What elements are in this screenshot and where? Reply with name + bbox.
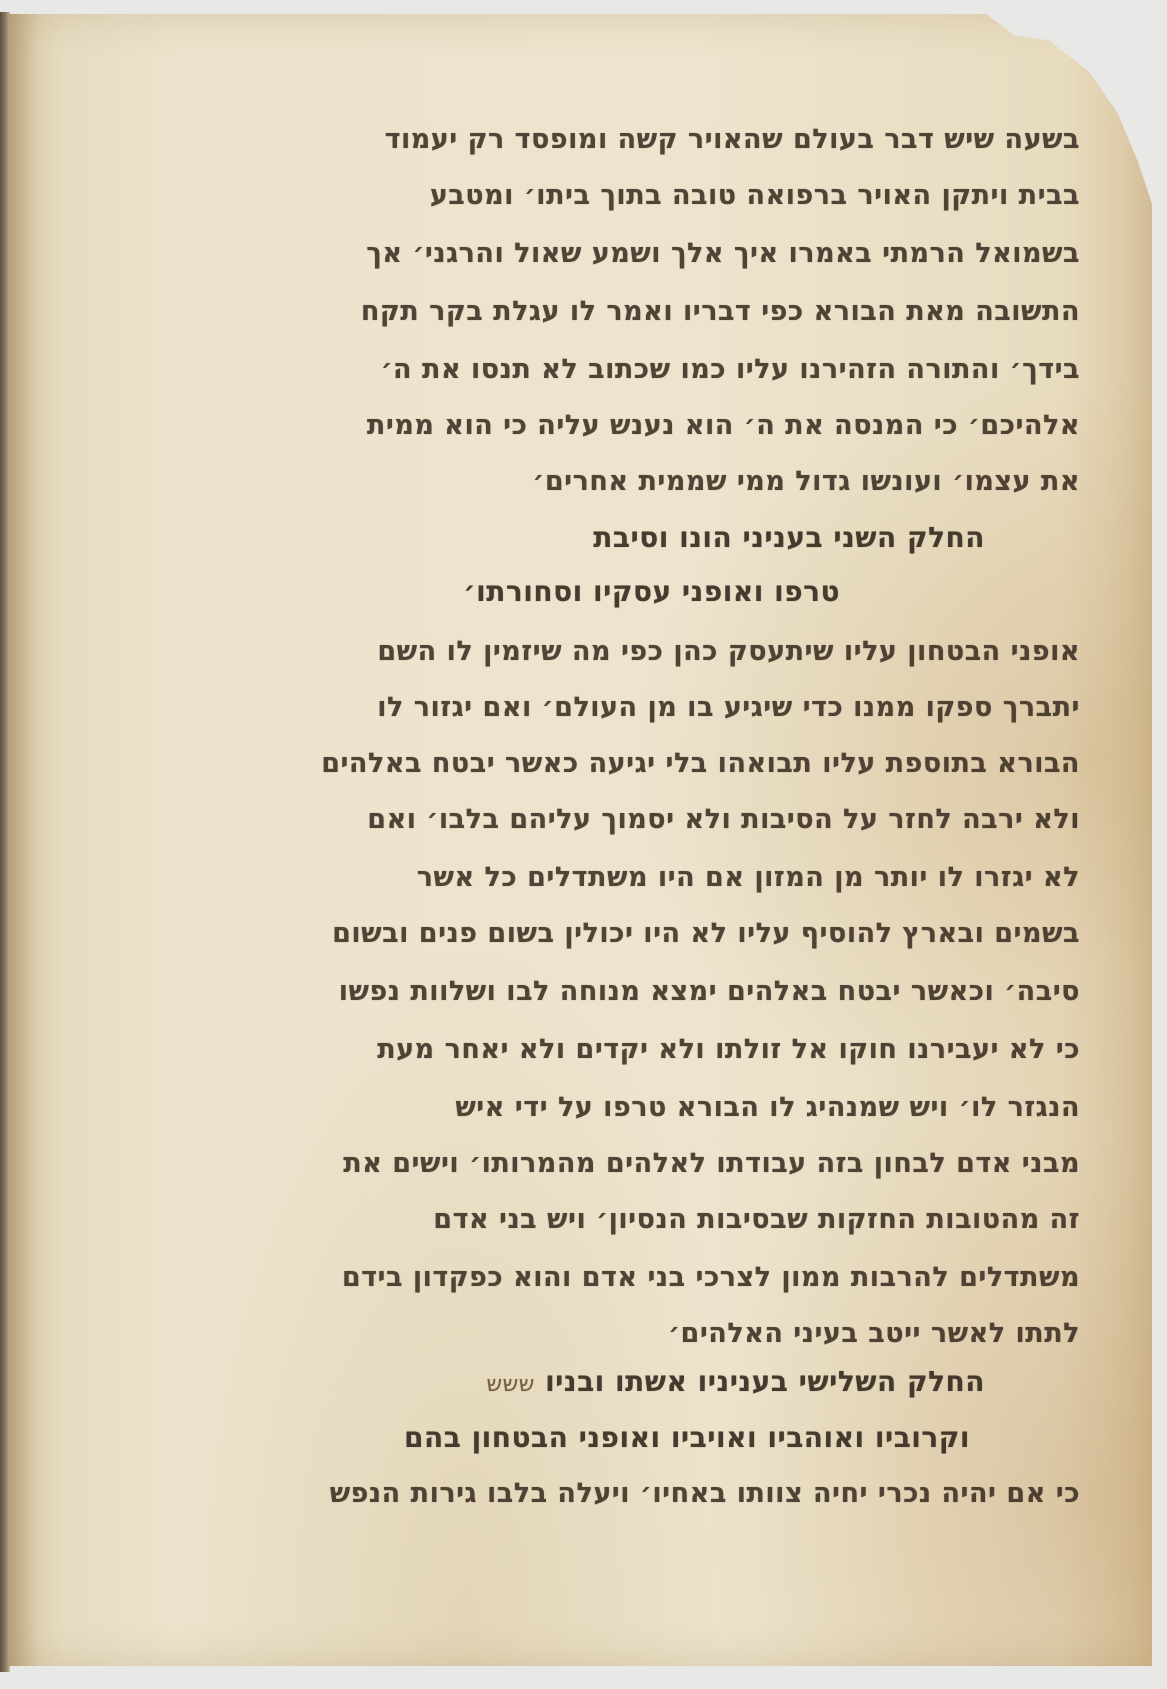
section-heading: החלק השלישי בעניניו אשתו ובניו ששש (487, 1362, 985, 1405)
text-line: בידך׳ והתורה הזהירנו עליו כמו שכתוב לא ת… (381, 350, 1080, 390)
text-line: ולא ירבה לחזר על הסיבות ולא יסמוך עליהם … (367, 800, 1080, 840)
text-line: בשעה שיש דבר בעולם שהאויר קשה ומופסד רק … (385, 120, 1080, 160)
text-line: הבורא בתוספת עליו תבואהו בלי יגיעה כאשר … (321, 744, 1080, 784)
text-line: בשמים ובארץ להוסיף עליו לא היו יכולין בש… (332, 914, 1080, 954)
text-line: בבית ויתקן האויר ברפואה טובה בתוך ביתו׳ … (430, 176, 1080, 216)
text-line: כי אם יהיה נכרי יחיה צוותו באחיו׳ ויעלה … (330, 1474, 1080, 1514)
text-line: אלהיכם׳ כי המנסה את ה׳ הוא נענש עליה כי … (367, 406, 1080, 446)
text-line: משתדלים להרבות ממון לצרכי בני אדם והוא כ… (342, 1258, 1080, 1298)
line-filler-mark: ששש (487, 1372, 535, 1397)
text-line: התשובה מאת הבורא כפי דבריו ואמר לו עגלת … (361, 292, 1080, 332)
section-heading: טרפו ואופני עסקיו וסחורתו׳ (463, 572, 840, 612)
text-line: לתתו לאשר ייטב בעיני האלהים׳ (668, 1314, 1080, 1354)
text-line: זה מהטובות החזקות שבסיבות הנסיון׳ ויש בנ… (433, 1200, 1080, 1240)
heading-text: החלק השלישי בעניניו אשתו ובניו (545, 1365, 985, 1398)
text-line: את עצמו׳ ועונשו גדול ממי שממית אחרים׳ (532, 462, 1080, 502)
text-line: כי לא יעבירנו חוקו אל זולתו ולא יקדים ול… (377, 1030, 1080, 1070)
section-heading: החלק השני בעניני הונו וסיבת (593, 518, 985, 558)
text-line: הנגזר לו׳ ויש שמנהיג לו הבורא טרפו על יד… (455, 1088, 1080, 1128)
text-line: בשמואל הרמתי באמרו איך אלך ושמע שאול והר… (366, 234, 1080, 274)
text-line: אופני הבטחון עליו שיתעסק כהן כפי מה שיזמ… (377, 632, 1080, 672)
text-line: לא יגזרו לו יותר מן המזון אם היו משתדלים… (417, 858, 1080, 898)
text-line: סיבה׳ וכאשר יבטח באלהים ימצא מנוחה לבו ו… (339, 972, 1080, 1012)
text-line: מבני אדם לבחון בזה עבודתו לאלהים מהמרותו… (343, 1144, 1080, 1184)
text-line: יתברך ספקו ממנו כדי שיגיע בו מן העולם׳ ו… (377, 688, 1080, 728)
section-heading: וקרוביו ואוהביו ואויביו ואופני הבטחון בה… (404, 1418, 970, 1458)
manuscript-scan: בשעה שיש דבר בעולם שהאויר קשה ומופסד רק … (0, 0, 1167, 1689)
